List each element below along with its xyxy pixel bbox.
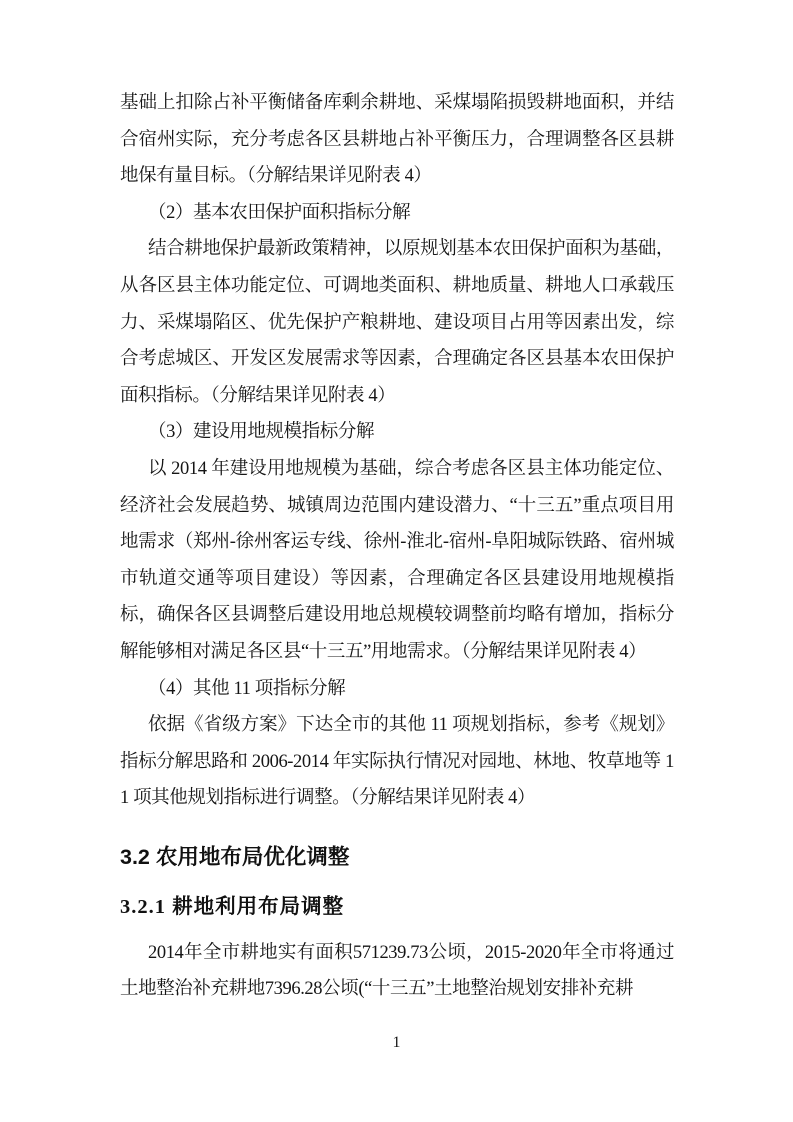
body-paragraph: 2014年全市耕地实有面积571239.73公顷，2015-2020年全市将通过… [120, 935, 674, 1008]
document-content: 基础上扣除占补平衡储备库剩余耕地、采煤塌陷损毁耕地面积，并结合宿州实际，充分考虑… [120, 85, 674, 1008]
page-footer: 1 [0, 1031, 793, 1055]
section-heading: 3.2 农用地布局优化调整 [120, 838, 674, 876]
page-number: 1 [393, 1034, 401, 1051]
document-page: 基础上扣除占补平衡储备库剩余耕地、采煤塌陷损毁耕地面积，并结合宿州实际，充分考虑… [0, 0, 793, 1122]
body-paragraph: （4）其他 11 项指标分解 [120, 671, 674, 708]
body-paragraph: 基础上扣除占补平衡储备库剩余耕地、采煤塌陷损毁耕地面积，并结合宿州实际，充分考虑… [120, 85, 674, 195]
subsection-heading: 3.2.1 耕地利用布局调整 [120, 888, 674, 926]
body-paragraph: 结合耕地保护最新政策精神，以原规划基本农田保护面积为基础，从各区县主体功能定位、… [120, 231, 674, 414]
body-paragraph: 以 2014 年建设用地规模为基础，综合考虑各区县主体功能定位、经济社会发展趋势… [120, 451, 674, 671]
body-paragraph: （2）基本农田保护面积指标分解 [120, 195, 674, 232]
body-paragraph: 依据《省级方案》下达全市的其他 11 项规划指标，参考《规划》指标分解思路和 2… [120, 707, 674, 817]
body-paragraph: （3）建设用地规模指标分解 [120, 414, 674, 451]
